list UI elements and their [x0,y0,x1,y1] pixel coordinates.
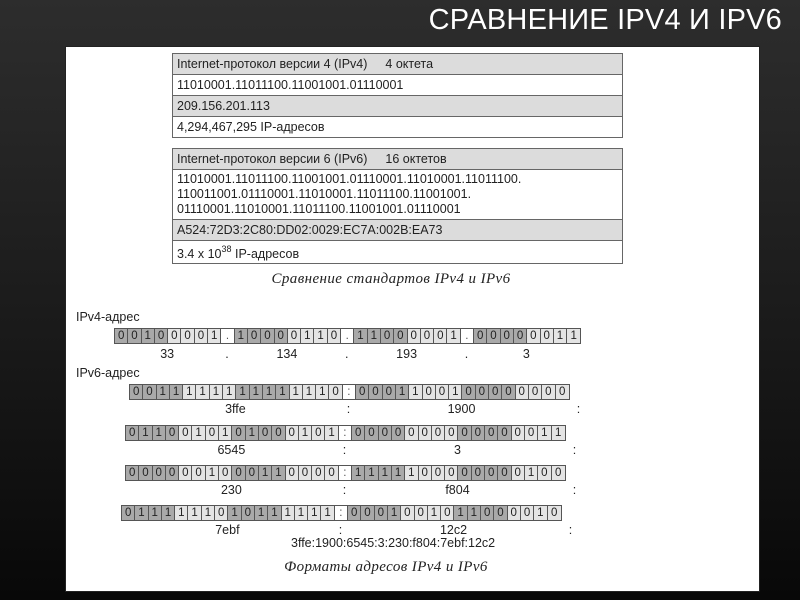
bit-cell: 1 [365,466,378,480]
bit-cell: 0 [508,506,521,520]
bit-cell: 0 [481,506,494,520]
ipv6-table-header: Internet-протокол версии 6 (IPv6)16 окте… [173,149,623,170]
ipv4-count: 4,294,467,295 IP-адресов [173,117,623,138]
bit-cell: 0 [261,329,274,343]
bit-cell: 0 [462,385,475,399]
group-value: 1900 [448,402,476,416]
bit-cell: 0 [192,466,205,480]
bit-cell: 1 [188,506,201,520]
octet-value: 193 [396,347,417,361]
slide-title: Сравнение IPv4 и IPv6 [429,4,782,37]
ipv4-binary: 11010001.11011100.11001001.01110001 [173,75,623,96]
bit-cell: 0 [501,329,514,343]
ipv6-header-size: 16 октетов [385,152,446,166]
bit-cell: 0 [527,329,540,343]
bit-cell: 0 [128,329,141,343]
caption-formats: Форматы адресов IPv4 и IPv6 [236,559,536,576]
bit-cell: 0 [548,506,561,520]
bit-cell: 1 [175,506,188,520]
ipv6-count-suffix: IP-адресов [232,247,300,261]
bit-cell: 0 [445,426,458,440]
bit-cell: 1 [170,385,183,399]
bit-cell: 0 [458,466,471,480]
ipv6-count: 3.4 x 1038 IP-адресов [173,241,623,264]
bit-cell: 1 [255,506,268,520]
bit-cell: 1 [135,506,148,520]
bit-cell: 0 [494,506,507,520]
bit-cell: 0 [512,466,525,480]
ipv6-full-address: 3ffe:1900:6545:3:230:f804:7ebf:12c2 [291,536,495,550]
bit-cell: 1 [183,385,196,399]
separator-label: : [577,402,580,416]
bit-cell: 0 [423,385,436,399]
bit-cell: 1 [295,506,308,520]
bit-cell: 1 [235,329,248,343]
ipv6-binary-line: 01110001.11010001.11011100.11001001.0111… [177,202,618,217]
ipv6-binary-line: 110011001.01110001.11010001.11011100.110… [177,187,618,202]
bit-cell: 0 [392,426,405,440]
bit-cell: 0 [514,329,527,343]
bit-cell: 1 [202,506,215,520]
group-value: 7ebf [215,523,239,537]
bit-cell: 0 [421,329,434,343]
bit-cell: 0 [415,506,428,520]
bit-cell: 0 [498,426,511,440]
bit-cell: 0 [381,329,394,343]
separator-cell: . [461,329,474,343]
bit-cell: 0 [153,466,166,480]
bit-cell: 0 [472,426,485,440]
bit-cell: 1 [206,466,219,480]
ipv6-count-exponent: 38 [221,244,231,254]
bit-cell: 0 [139,466,152,480]
bit-cell: 0 [474,329,487,343]
bit-cell: 0 [458,426,471,440]
separator-label: . [465,347,468,361]
separator-cell: . [341,329,354,343]
ipv6-bit-row: 0110010101000101:0000000000000011 [125,425,566,441]
separator-label: . [345,347,348,361]
bit-cell: 0 [181,329,194,343]
bit-cell: 0 [542,385,555,399]
bit-cell: 0 [419,466,432,480]
bit-cell: 1 [396,385,409,399]
bit-cell: 1 [162,506,175,520]
bit-cell: 0 [259,426,272,440]
bit-cell: 1 [276,385,289,399]
bit-cell: 1 [142,329,155,343]
group-value: f804 [445,483,469,497]
bit-cell: 1 [316,385,329,399]
bit-cell: 0 [126,466,139,480]
bit-cell: 1 [250,385,263,399]
bit-cell: 1 [223,385,236,399]
bit-cell: 0 [401,506,414,520]
bit-cell: 0 [498,466,511,480]
bit-cell: 0 [436,385,449,399]
ipv6-bit-row: 0011111111111110:0001100100000000 [129,384,570,400]
bit-cell: 0 [143,385,156,399]
bit-cell: 1 [534,506,547,520]
separator-cell: : [339,466,352,480]
bit-cell: 1 [139,426,152,440]
bit-cell: 0 [419,426,432,440]
bit-cell: 1 [368,329,381,343]
bit-cell: 1 [259,466,272,480]
bit-cell: 0 [521,506,534,520]
bit-cell: 1 [308,506,321,520]
bit-cell: 0 [394,329,407,343]
bit-cell: 1 [552,426,565,440]
bit-cell: 0 [379,426,392,440]
bit-cell: 0 [516,385,529,399]
bit-cell: 1 [196,385,209,399]
bit-cell: 0 [541,329,554,343]
ipv4-bit-row: 00100001.10000110.11000001.00000011 [114,328,581,344]
bit-cell: 0 [166,466,179,480]
bit-cell: 1 [301,329,314,343]
separator-cell: : [339,426,352,440]
bit-cell: 0 [272,426,285,440]
bit-cell: 0 [408,329,421,343]
bit-cell: 1 [303,385,316,399]
caption-comparison: Сравнение стандартов IPv4 и IPv6 [216,271,566,288]
bit-cell: 1 [388,506,401,520]
bit-cell: 1 [392,466,405,480]
separator-label: : [569,523,572,537]
bit-cell: 0 [329,385,342,399]
bit-cell: 0 [445,466,458,480]
group-value: 6545 [217,443,245,457]
bit-cell: 0 [361,506,374,520]
bit-cell: 0 [122,506,135,520]
group-value: 3ffe [225,402,246,416]
bit-cell: 0 [356,385,369,399]
bit-cell: 1 [149,506,162,520]
bit-cell: 1 [405,466,418,480]
ipv6-comparison-table: Internet-протокол версии 6 (IPv6)16 окте… [172,148,623,264]
bit-cell: 0 [383,385,396,399]
bit-cell: 1 [299,426,312,440]
bit-cell: 1 [157,385,170,399]
ipv4-header-size: 4 октета [385,57,433,71]
bit-cell: 0 [432,466,445,480]
bit-cell: 0 [215,506,228,520]
bit-cell: 0 [179,466,192,480]
figure-image: Internet-протокол версии 4 (IPv4)4 октет… [65,46,760,592]
bit-cell: 0 [502,385,515,399]
bit-cell: 0 [487,329,500,343]
bit-cell: 0 [529,385,542,399]
bit-cell: 0 [552,466,565,480]
bit-cell: 1 [321,506,334,520]
separator-label: : [573,443,576,457]
bit-cell: 1 [468,506,481,520]
bit-cell: 1 [379,466,392,480]
bit-cell: 0 [525,426,538,440]
ipv6-hex: A524:72D3:2C80:DD02:0029:EC7A:002B:EA73 [173,220,623,241]
bit-cell: 1 [554,329,567,343]
bit-cell: 0 [405,426,418,440]
bit-cell: 0 [489,385,502,399]
bit-cell: 1 [228,506,241,520]
bit-cell: 0 [206,426,219,440]
bit-cell: 1 [354,329,367,343]
bit-cell: 0 [246,466,259,480]
bit-cell: 1 [236,385,249,399]
bit-cell: 0 [248,329,261,343]
bit-cell: 1 [210,385,223,399]
separator-label: . [225,347,228,361]
bit-cell: 0 [179,426,192,440]
bit-cell: 0 [312,426,325,440]
bit-cell: 0 [155,329,168,343]
bit-cell: 0 [130,385,143,399]
bit-cell: 0 [242,506,255,520]
bit-cell: 0 [441,506,454,520]
bit-cell: 0 [288,329,301,343]
bit-cell: 1 [192,426,205,440]
bit-cell: 1 [538,426,551,440]
ipv6-binary: 11010001.11011100.11001001.01110001.1101… [173,170,623,220]
bit-cell: 1 [454,506,467,520]
bit-cell: 0 [232,426,245,440]
bit-cell: 1 [314,329,327,343]
bit-cell: 1 [268,506,281,520]
bit-cell: 0 [219,466,232,480]
bit-cell: 1 [263,385,276,399]
bit-cell: 1 [153,426,166,440]
bit-cell: 0 [166,426,179,440]
group-value: 230 [221,483,242,497]
ipv4-decimal: 209.156.201.113 [173,96,623,117]
separator-cell: : [335,506,348,520]
bit-cell: 0 [115,329,128,343]
ipv6-bit-row: 0111111010111111:0001001011000010 [121,505,562,521]
bit-cell: 1 [525,466,538,480]
bit-cell: 1 [282,506,295,520]
bit-cell: 1 [428,506,441,520]
bit-cell: 0 [472,466,485,480]
separator-label: : [343,443,346,457]
bit-cell: 0 [299,466,312,480]
bit-cell: 0 [352,426,365,440]
bit-cell: 0 [312,466,325,480]
ipv6-binary-line: 11010001.11011100.11001001.01110001.1101… [177,172,618,187]
bit-cell: 0 [432,426,445,440]
bit-cell: 1 [246,426,259,440]
bit-cell: 0 [232,466,245,480]
bit-cell: 1 [325,426,338,440]
bit-cell: 0 [168,329,181,343]
bit-cell: 0 [538,466,551,480]
bit-cell: 0 [195,329,208,343]
bit-cell: 0 [485,426,498,440]
bit-cell: 0 [328,329,341,343]
group-value: 12c2 [440,523,467,537]
separator-cell: : [343,385,356,399]
ipv6-count-base: 3.4 x 10 [177,247,221,261]
bit-cell: 1 [567,329,580,343]
ipv4-table-header: Internet-протокол версии 4 (IPv4)4 октет… [173,54,623,75]
bit-cell: 0 [325,466,338,480]
bit-cell: 1 [290,385,303,399]
bit-cell: 0 [375,506,388,520]
bit-cell: 1 [208,329,221,343]
bit-cell: 0 [434,329,447,343]
bit-cell: 1 [272,466,285,480]
group-value: 3 [454,443,461,457]
ipv4-header-label: Internet-протокол версии 4 (IPv4) [177,57,367,71]
bit-cell: 0 [286,426,299,440]
bit-cell: 1 [352,466,365,480]
bit-cell: 0 [485,466,498,480]
bit-cell: 0 [286,466,299,480]
ipv4-format-label: IPv4-адрес [76,310,140,324]
octet-value: 134 [276,347,297,361]
bit-cell: 0 [126,426,139,440]
octet-value: 33 [160,347,174,361]
separator-label: : [347,402,350,416]
ipv6-bit-row: 0000001000110000:1111100000000100 [125,465,566,481]
bit-cell: 0 [348,506,361,520]
octet-value: 3 [523,347,530,361]
bit-cell: 0 [476,385,489,399]
bit-cell: 1 [447,329,460,343]
bit-cell: 1 [449,385,462,399]
bit-cell: 0 [556,385,569,399]
bit-cell: 0 [512,426,525,440]
bit-cell: 1 [219,426,232,440]
separator-cell: . [221,329,234,343]
ipv6-header-label: Internet-протокол версии 6 (IPv6) [177,152,367,166]
ipv6-format-label: IPv6-адрес [76,366,140,380]
bit-cell: 0 [369,385,382,399]
bit-cell: 0 [275,329,288,343]
bit-cell: 0 [365,426,378,440]
separator-label: : [573,483,576,497]
ipv4-comparison-table: Internet-протокол версии 4 (IPv4)4 октет… [172,53,623,138]
separator-label: : [339,523,342,537]
separator-label: : [343,483,346,497]
bit-cell: 1 [409,385,422,399]
